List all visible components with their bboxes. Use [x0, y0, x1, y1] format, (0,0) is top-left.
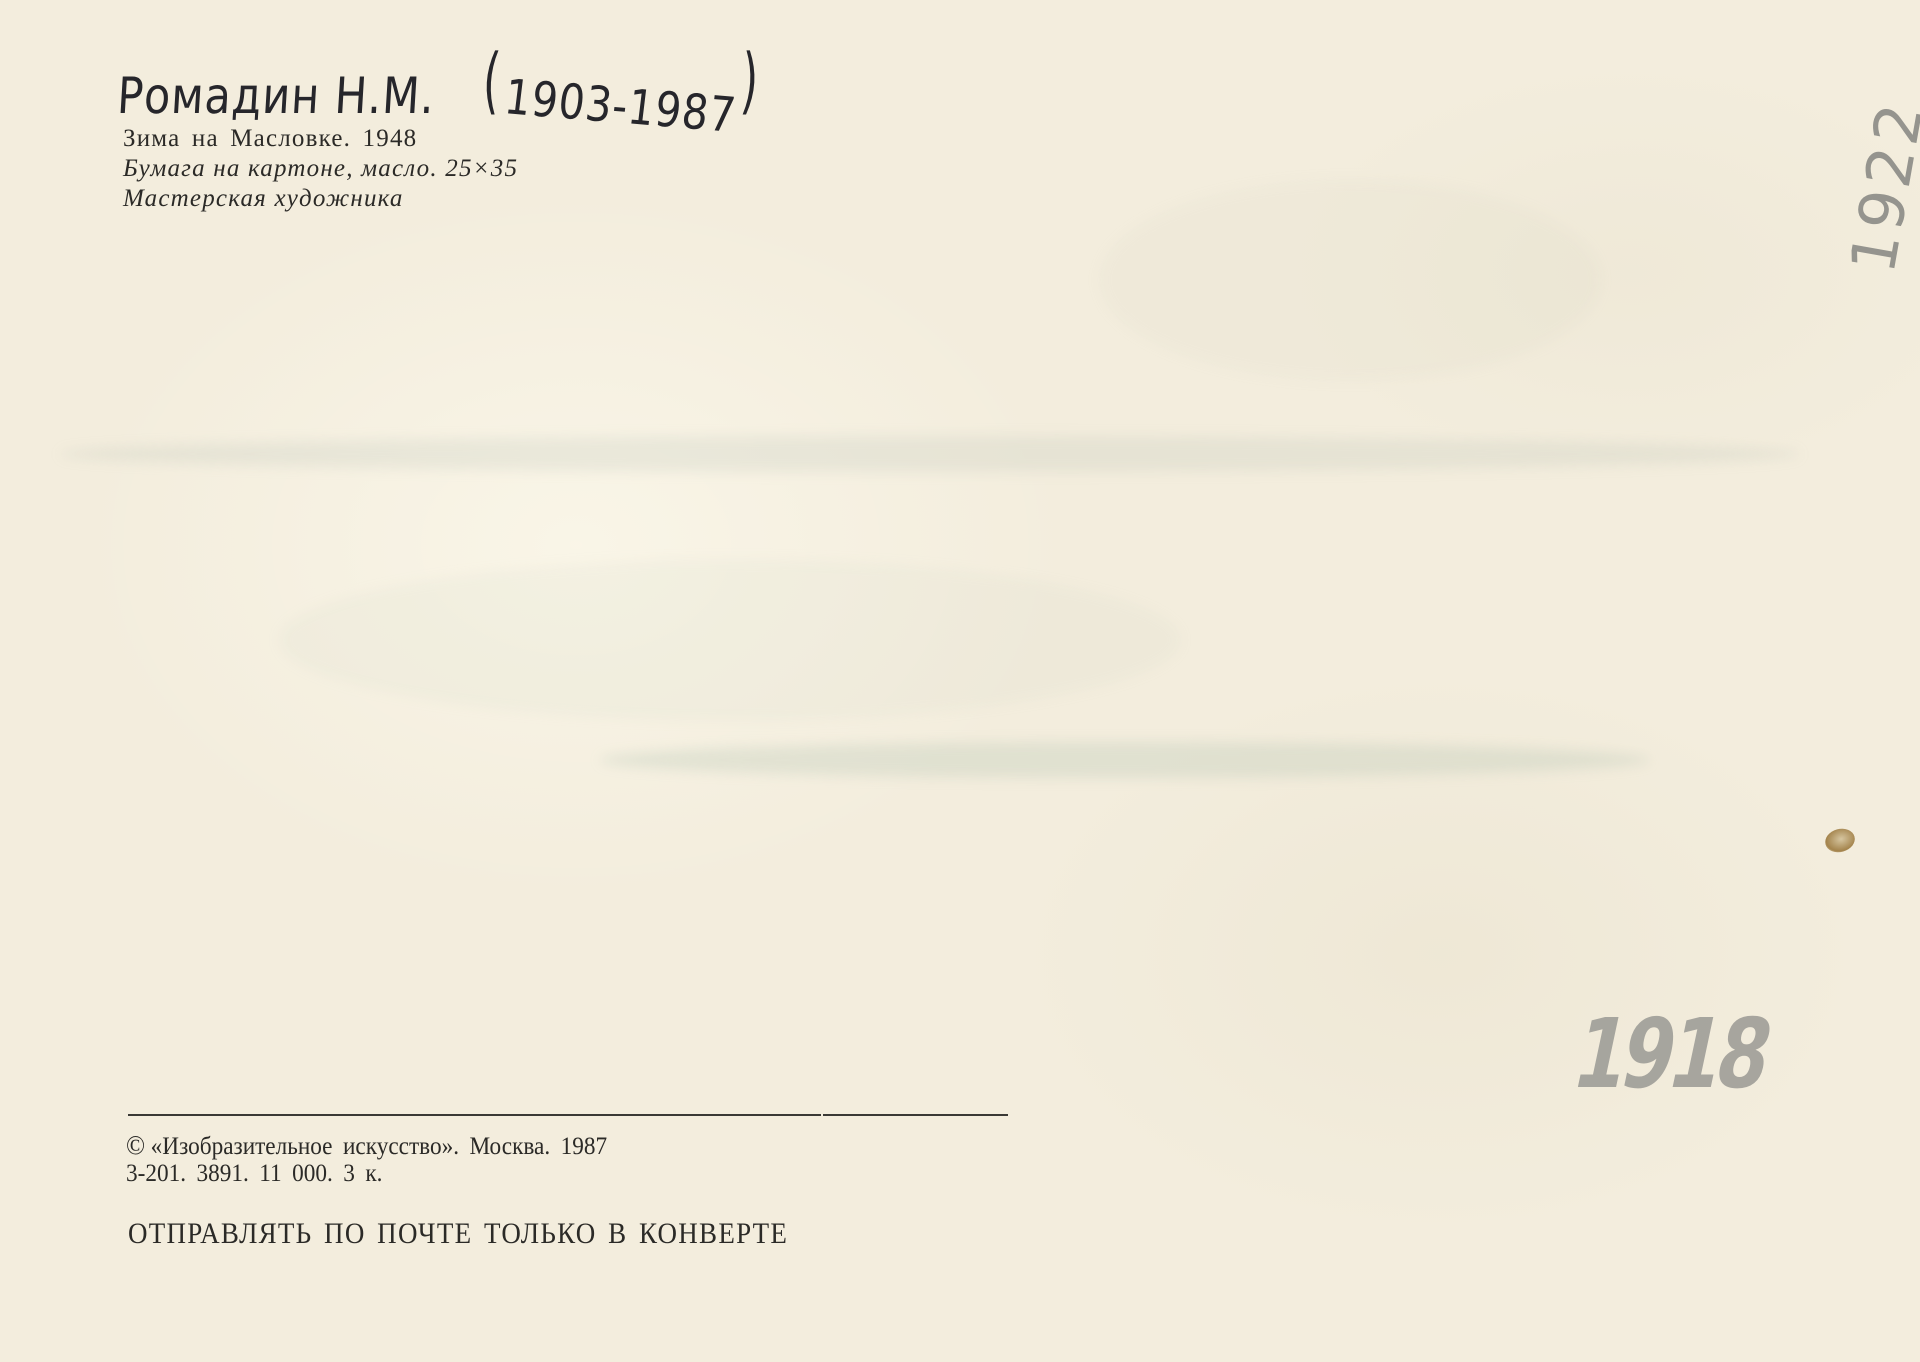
publisher-line: ©«Изобразительное искусство». Москва. 19… [126, 1132, 607, 1160]
show-through-smudge [1100, 180, 1600, 380]
postcard-back: Ромадин Н.М. (1903-1987) Зима на Масловк… [0, 0, 1920, 1362]
divider-rule [128, 1114, 821, 1116]
divider-rule [823, 1114, 1008, 1116]
pencil-annotation-bottom-right: 1918 [1564, 998, 1777, 1110]
paper-stain [1823, 826, 1858, 856]
handwritten-paren-close: ) [739, 44, 761, 116]
catalog-line: 3-201. 3891. 11 000. 3 к. [126, 1160, 607, 1187]
artwork-location: Мастерская художника [123, 184, 518, 214]
handwritten-artist-annotation: Ромадин Н.М. (1903-1987) [116, 52, 764, 124]
artwork-caption: Зима на Масловке. 1948 Бумага на картоне… [123, 124, 518, 214]
copyright-icon: © [126, 1130, 145, 1160]
handwritten-paren-open: ( [481, 44, 503, 116]
show-through-smudge [280, 560, 1180, 720]
postal-notice: ОТПРАВЛЯТЬ ПО ПОЧТЕ ТОЛЬКО В КОНВЕРТЕ [128, 1218, 788, 1250]
publisher-text: «Изобразительное искусство». Москва. 198… [151, 1133, 607, 1160]
handwritten-artist-name: Ромадин Н.М. [116, 67, 437, 125]
pencil-annotation-top-right: 1922 [1836, 95, 1920, 279]
show-through-smudge [600, 742, 1650, 778]
publisher-imprint: ©«Изобразительное искусство». Москва. 19… [126, 1132, 607, 1187]
artwork-title: Зима на Масловке. 1948 [123, 124, 518, 154]
handwritten-life-years: 1903-1987 [502, 73, 739, 140]
artwork-medium: Бумага на картоне, масло. 25×35 [123, 154, 518, 184]
show-through-smudge [60, 436, 1800, 472]
